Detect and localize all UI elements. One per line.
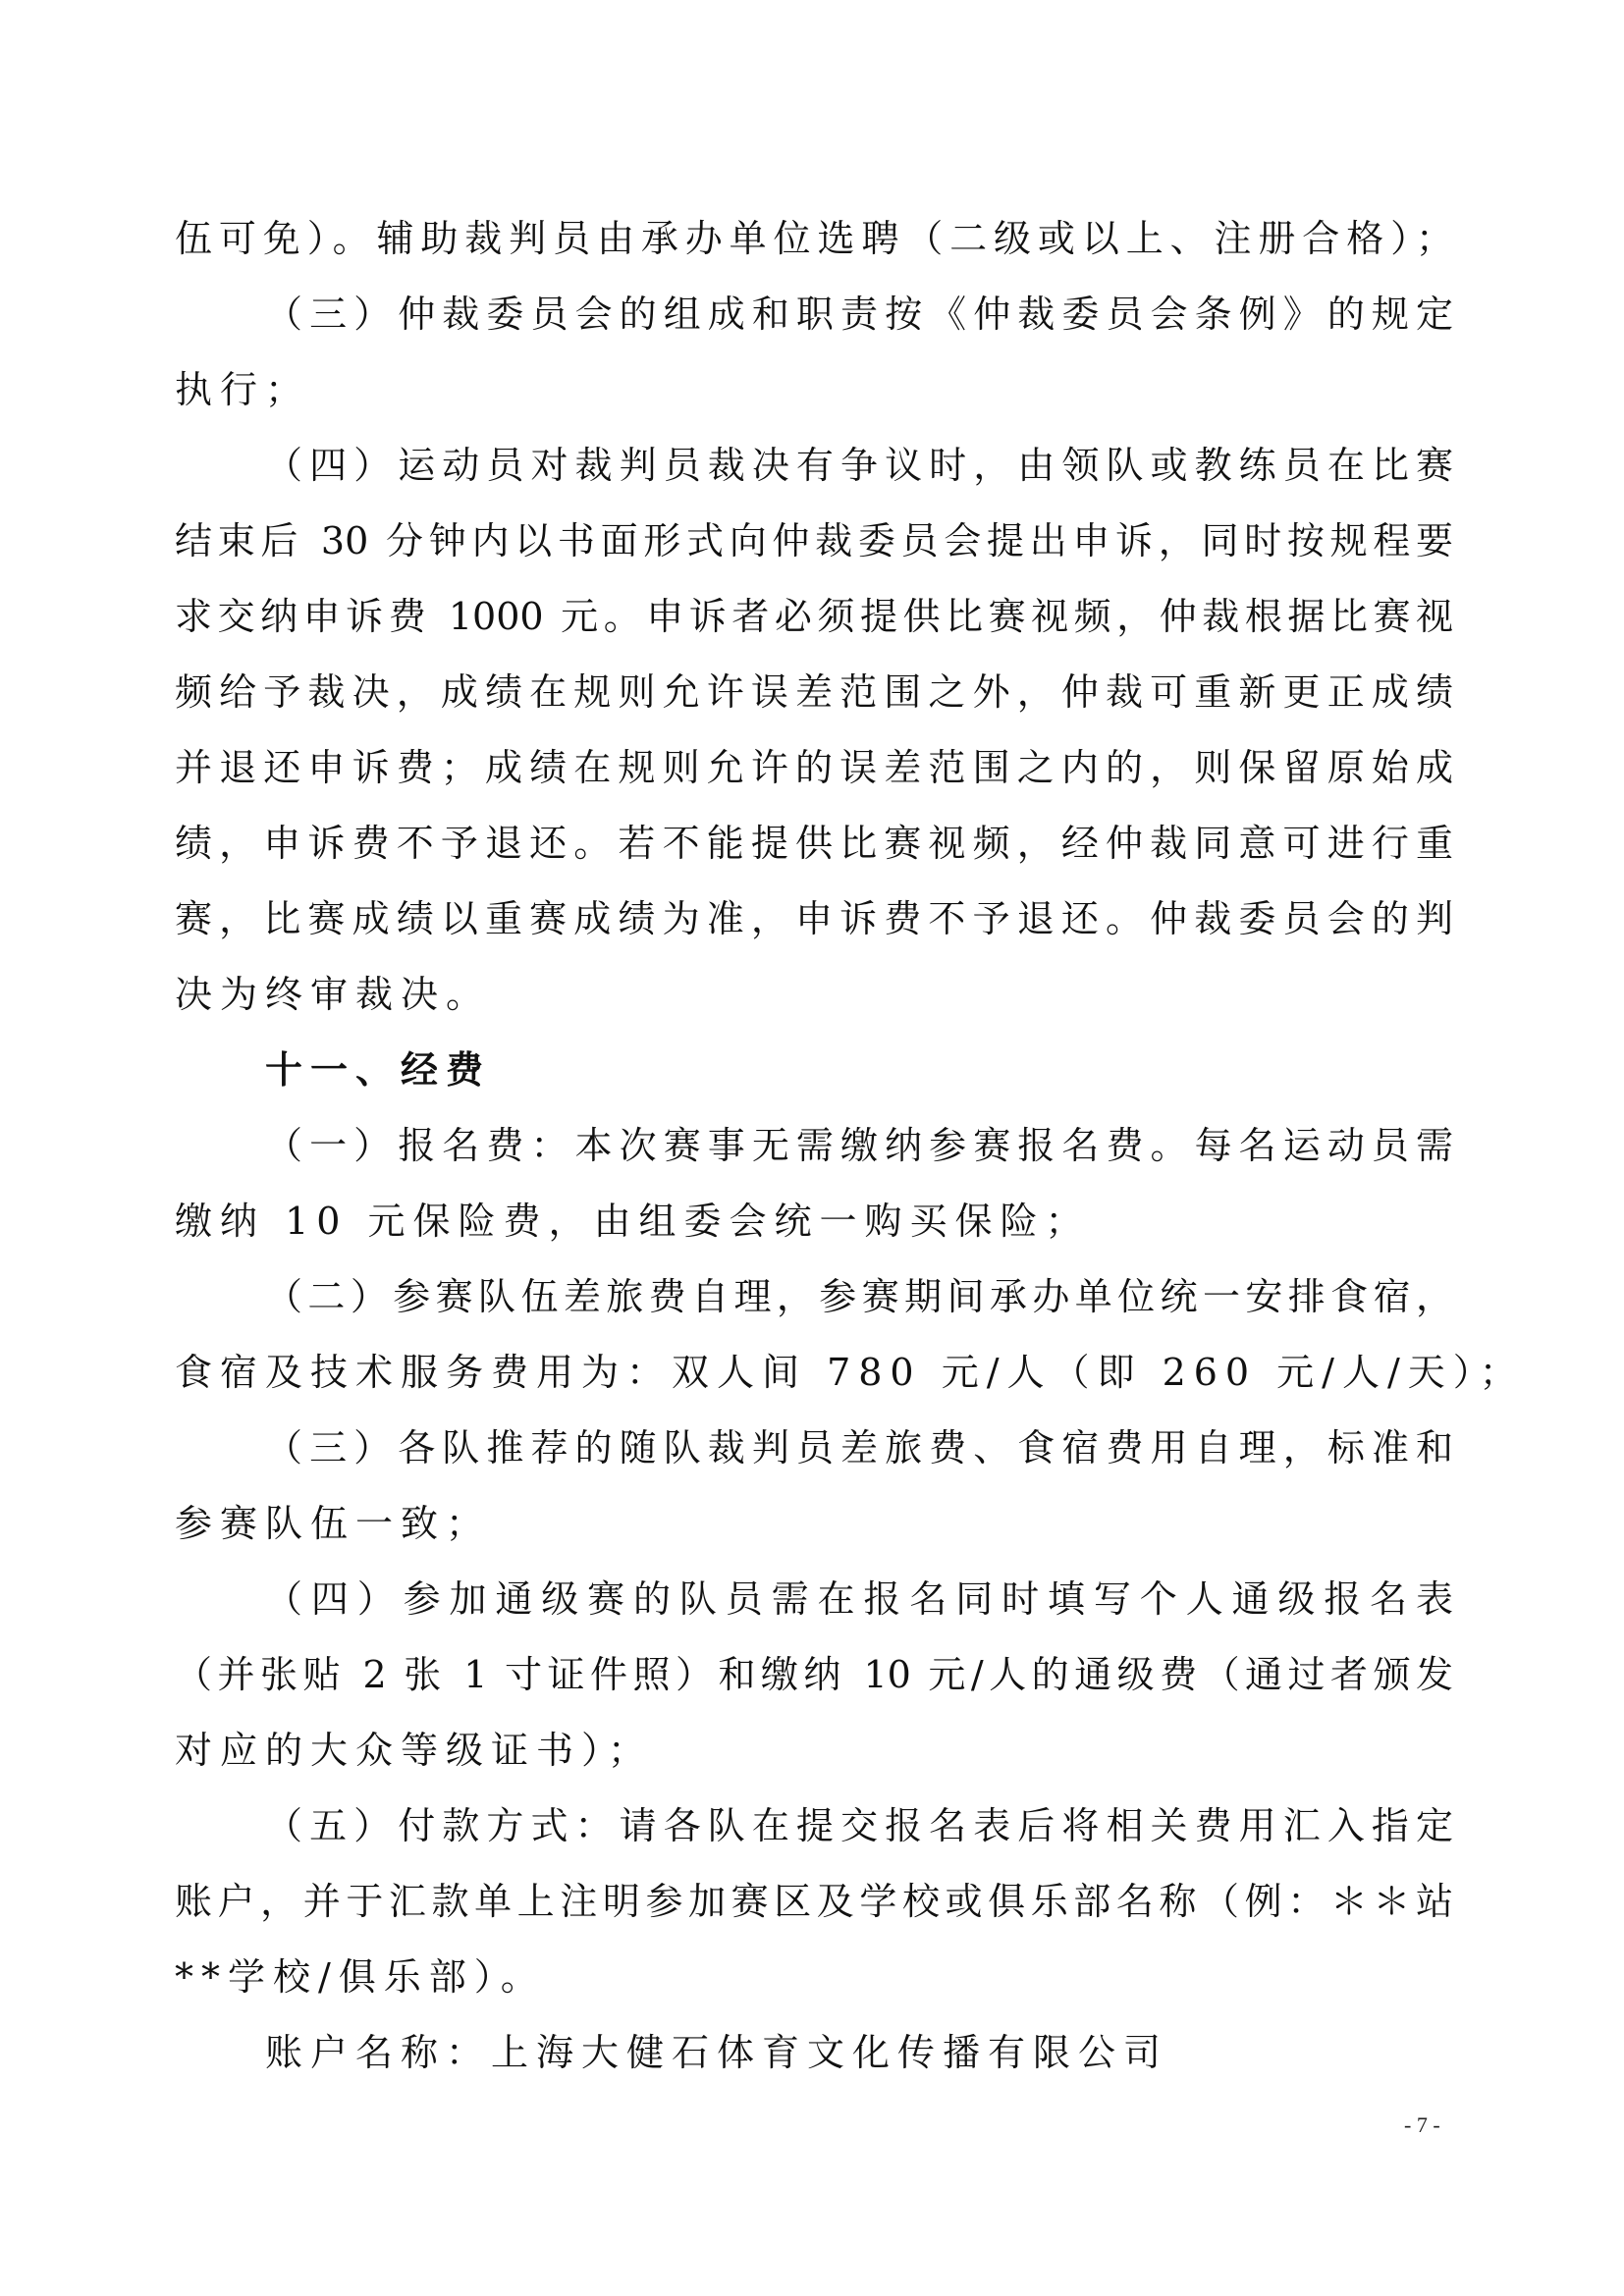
text-line-refund: 并退还申诉费；成绩在规则允许的误差范围之内的，则保留原始成 <box>175 738 1453 797</box>
text-line-appeal-fee: 求交纳申诉费 1000 元。申诉者必须提供比赛视频，仲裁根据比赛视 <box>175 587 1453 646</box>
text-line-accommodation-fee: 食宿及技术服务费用为：双人间 780 元/人（即 260 元/人/天）； <box>175 1343 1453 1402</box>
text-line-account-name: 账户名称：上海大健石体育文化传播有限公司 <box>265 2023 1453 2082</box>
text-line-execute: 执行； <box>175 360 1453 419</box>
text-line-rematch: 赛，比赛成绩以重赛成绩为准，申诉费不予退还。仲裁委员会的判 <box>175 889 1453 948</box>
text-line-arbitration-committee: （三）仲裁委员会的组成和职责按《仲裁委员会条例》的规定 <box>265 285 1453 344</box>
text-line-remittance-note: 账户，并于汇款单上注明参加赛区及学校或俱乐部名称（例：＊＊站 <box>175 1872 1453 1931</box>
text-line-same-standard: 参赛队伍一致； <box>175 1494 1453 1553</box>
text-line-appeal-30-min: 结束后 30 分钟内以书面形式向仲裁委员会提出申诉，同时按规程要 <box>175 511 1453 570</box>
text-line-referee-selection: 伍可免）。辅助裁判员由承办单位选聘（二级或以上、注册合格）； <box>175 209 1453 268</box>
section-heading-fees: 十一、经费 <box>265 1041 1453 1099</box>
page-number: - 7 - <box>1404 2110 1440 2140</box>
document-page: 伍可免）。辅助裁判员由承办单位选聘（二级或以上、注册合格）； （三）仲裁委员会的… <box>0 0 1624 2296</box>
text-line-appeal-start: （四）运动员对裁判员裁决有争议时，由领队或教练员在比赛 <box>265 436 1453 495</box>
text-line-payment-method: （五）付款方式：请各队在提交报名表后将相关费用汇入指定 <box>265 1796 1453 1855</box>
text-line-grading-fee: （并张贴 2 张 1 寸证件照）和缴纳 10 元/人的通级费（通过者颁发 <box>175 1645 1453 1704</box>
text-line-grading-registration: （四）参加通级赛的队员需在报名同时填写个人通级报名表 <box>265 1570 1453 1629</box>
text-line-referee-expenses: （三）各队推荐的随队裁判员差旅费、食宿费用自理，标准和 <box>265 1418 1453 1477</box>
text-line-final-ruling: 决为终审裁决。 <box>175 965 1453 1024</box>
text-line-video-ruling: 频给予裁决，成绩在规则允许误差范围之外，仲裁可重新更正成绩 <box>175 663 1453 721</box>
text-line-insurance-fee: 缴纳 10 元保险费，由组委会统一购买保险； <box>175 1192 1453 1251</box>
text-line-travel-expenses: （二）参赛队伍差旅费自理，参赛期间承办单位统一安排食宿， <box>265 1267 1453 1326</box>
text-line-example: **学校/俱乐部）。 <box>175 1948 1453 2006</box>
text-line-registration-fee: （一）报名费：本次赛事无需缴纳参赛报名费。每名运动员需 <box>265 1116 1453 1175</box>
text-line-certificate: 对应的大众等级证书）； <box>175 1721 1453 1780</box>
text-line-no-refund: 绩，申诉费不予退还。若不能提供比赛视频，经仲裁同意可进行重 <box>175 814 1453 873</box>
